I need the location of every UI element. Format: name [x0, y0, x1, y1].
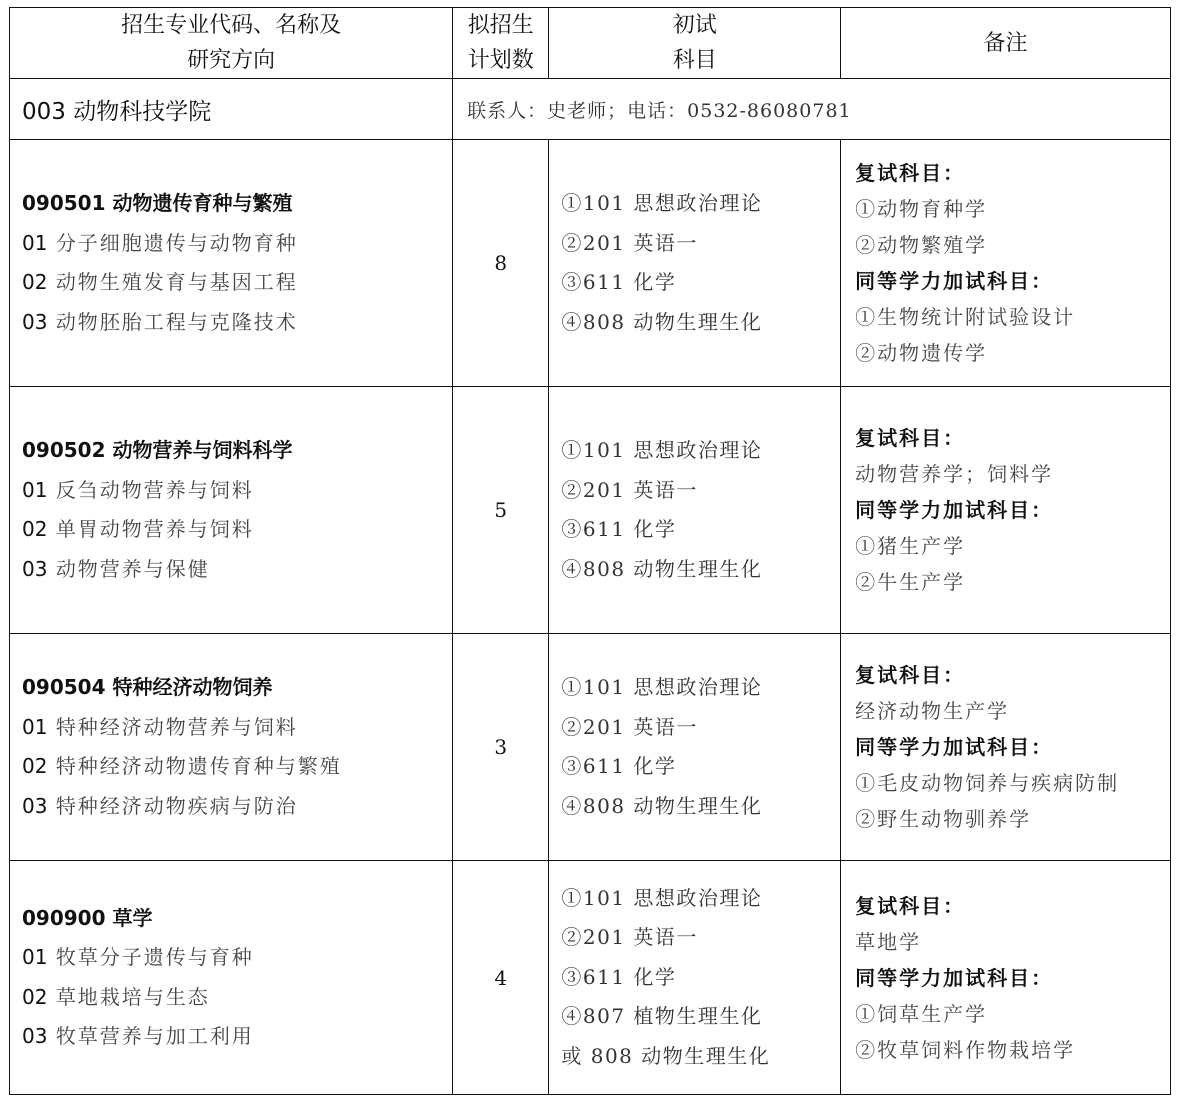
enrollment-table: 招生专业代码、名称及 研究方向 拟招生 计划数 初试 科目 备注 003 动物科…: [9, 7, 1171, 1095]
header-major: 招生专业代码、名称及 研究方向: [10, 8, 453, 79]
college-row: 003 动物科技学院 联系人：史老师；电话：0532-86080781: [10, 79, 1171, 140]
college-contact: 联系人：史老师；电话：0532-86080781: [453, 79, 1171, 140]
retest-label: 复试科目：: [855, 888, 1170, 924]
major-title: 090504 特种经济动物饲养: [22, 668, 452, 708]
extra-exam-subject: ②牧草饲料作物栽培学: [855, 1032, 1170, 1068]
major-title: 090501 动物遗传育种与繁殖: [22, 184, 452, 224]
extra-exam-subject: ①毛皮动物饲养与疾病防制: [855, 765, 1170, 801]
retest-subject: 草地学: [855, 924, 1170, 960]
extra-exam-subject: ①猪生产学: [855, 528, 1170, 564]
major-title: 090900 草学: [22, 899, 452, 939]
research-direction: 03 动物胚胎工程与克隆技术: [22, 303, 452, 343]
exam-subject: ③611 化学: [561, 263, 840, 303]
college-name: 003 动物科技学院: [10, 79, 453, 140]
exam-subject: ④808 动物生理生化: [561, 787, 840, 827]
research-direction: 03 动物营养与保健: [22, 550, 452, 590]
exam-subject: ④807 植物生理生化: [561, 997, 840, 1037]
retest-subject: 经济动物生产学: [855, 693, 1170, 729]
extra-exam-subject: ①生物统计附试验设计: [855, 299, 1170, 335]
research-direction: 01 分子细胞遗传与动物育种: [22, 224, 452, 264]
extra-exam-label: 同等学力加试科目：: [855, 729, 1170, 765]
exam-subject: ③611 化学: [561, 510, 840, 550]
header-exam: 初试 科目: [549, 8, 841, 79]
table-row: 090501 动物遗传育种与繁殖01 分子细胞遗传与动物育种02 动物生殖发育与…: [10, 140, 1171, 387]
exam-cell: ①101 思想政治理论②201 英语一③611 化学④808 动物生理生化: [549, 140, 841, 387]
exam-subject: ①101 思想政治理论: [561, 431, 840, 471]
extra-exam-label: 同等学力加试科目：: [855, 960, 1170, 996]
major-cell: 090502 动物营养与饲料科学01 反刍动物营养与饲料02 单胃动物营养与饲料…: [10, 387, 453, 634]
research-direction: 01 牧草分子遗传与育种: [22, 938, 452, 978]
header-quota: 拟招生 计划数: [453, 8, 549, 79]
notes-cell: 复试科目：草地学同等学力加试科目：①饲草生产学②牧草饲料作物栽培学: [841, 861, 1171, 1095]
extra-exam-subject: ②野生动物驯养学: [855, 801, 1170, 837]
table-row: 090900 草学01 牧草分子遗传与育种02 草地栽培与生态03 牧草营养与加…: [10, 861, 1171, 1095]
header-row: 招生专业代码、名称及 研究方向 拟招生 计划数 初试 科目 备注: [10, 8, 1171, 79]
major-cell: 090504 特种经济动物饲养01 特种经济动物营养与饲料02 特种经济动物遗传…: [10, 634, 453, 861]
exam-subject: ③611 化学: [561, 958, 840, 998]
quota-cell: 8: [453, 140, 549, 387]
notes-cell: 复试科目：经济动物生产学同等学力加试科目：①毛皮动物饲养与疾病防制②野生动物驯养…: [841, 634, 1171, 861]
header-notes: 备注: [841, 8, 1171, 79]
research-direction: 02 单胃动物营养与饲料: [22, 510, 452, 550]
exam-cell: ①101 思想政治理论②201 英语一③611 化学④808 动物生理生化: [549, 634, 841, 861]
exam-subject: ③611 化学: [561, 747, 840, 787]
exam-subject: ①101 思想政治理论: [561, 879, 840, 919]
retest-subject: 动物营养学；饲料学: [855, 456, 1170, 492]
extra-exam-subject: ②牛生产学: [855, 564, 1170, 600]
research-direction: 03 特种经济动物疾病与防治: [22, 787, 452, 827]
exam-subject: ④808 动物生理生化: [561, 303, 840, 343]
exam-cell: ①101 思想政治理论②201 英语一③611 化学④808 动物生理生化: [549, 387, 841, 634]
exam-subject: ②201 英语一: [561, 224, 840, 264]
quota-cell: 5: [453, 387, 549, 634]
quota-cell: 4: [453, 861, 549, 1095]
research-direction: 02 特种经济动物遗传育种与繁殖: [22, 747, 452, 787]
major-cell: 090900 草学01 牧草分子遗传与育种02 草地栽培与生态03 牧草营养与加…: [10, 861, 453, 1095]
retest-label: 复试科目：: [855, 657, 1170, 693]
table-row: 090504 特种经济动物饲养01 特种经济动物营养与饲料02 特种经济动物遗传…: [10, 634, 1171, 861]
research-direction: 01 特种经济动物营养与饲料: [22, 708, 452, 748]
exam-subject: ②201 英语一: [561, 918, 840, 958]
notes-cell: 复试科目：动物营养学；饲料学同等学力加试科目：①猪生产学②牛生产学: [841, 387, 1171, 634]
exam-subject: ②201 英语一: [561, 471, 840, 511]
research-direction: 02 动物生殖发育与基因工程: [22, 263, 452, 303]
retest-label: 复试科目：: [855, 420, 1170, 456]
retest-subject: ②动物繁殖学: [855, 227, 1170, 263]
table-row: 090502 动物营养与饲料科学01 反刍动物营养与饲料02 单胃动物营养与饲料…: [10, 387, 1171, 634]
exam-subject: ②201 英语一: [561, 708, 840, 748]
major-title: 090502 动物营养与饲料科学: [22, 431, 452, 471]
quota-cell: 3: [453, 634, 549, 861]
exam-subject: 或 808 动物生理生化: [561, 1037, 840, 1077]
research-direction: 03 牧草营养与加工利用: [22, 1017, 452, 1057]
extra-exam-subject: ①饲草生产学: [855, 996, 1170, 1032]
retest-label: 复试科目：: [855, 155, 1170, 191]
retest-subject: ①动物育种学: [855, 191, 1170, 227]
notes-cell: 复试科目：①动物育种学②动物繁殖学同等学力加试科目：①生物统计附试验设计②动物遗…: [841, 140, 1171, 387]
extra-exam-label: 同等学力加试科目：: [855, 492, 1170, 528]
exam-subject: ①101 思想政治理论: [561, 184, 840, 224]
extra-exam-subject: ②动物遗传学: [855, 335, 1170, 371]
exam-subject: ①101 思想政治理论: [561, 668, 840, 708]
exam-cell: ①101 思想政治理论②201 英语一③611 化学④807 植物生理生化或 8…: [549, 861, 841, 1095]
research-direction: 02 草地栽培与生态: [22, 978, 452, 1018]
research-direction: 01 反刍动物营养与饲料: [22, 471, 452, 511]
exam-subject: ④808 动物生理生化: [561, 550, 840, 590]
major-cell: 090501 动物遗传育种与繁殖01 分子细胞遗传与动物育种02 动物生殖发育与…: [10, 140, 453, 387]
extra-exam-label: 同等学力加试科目：: [855, 263, 1170, 299]
